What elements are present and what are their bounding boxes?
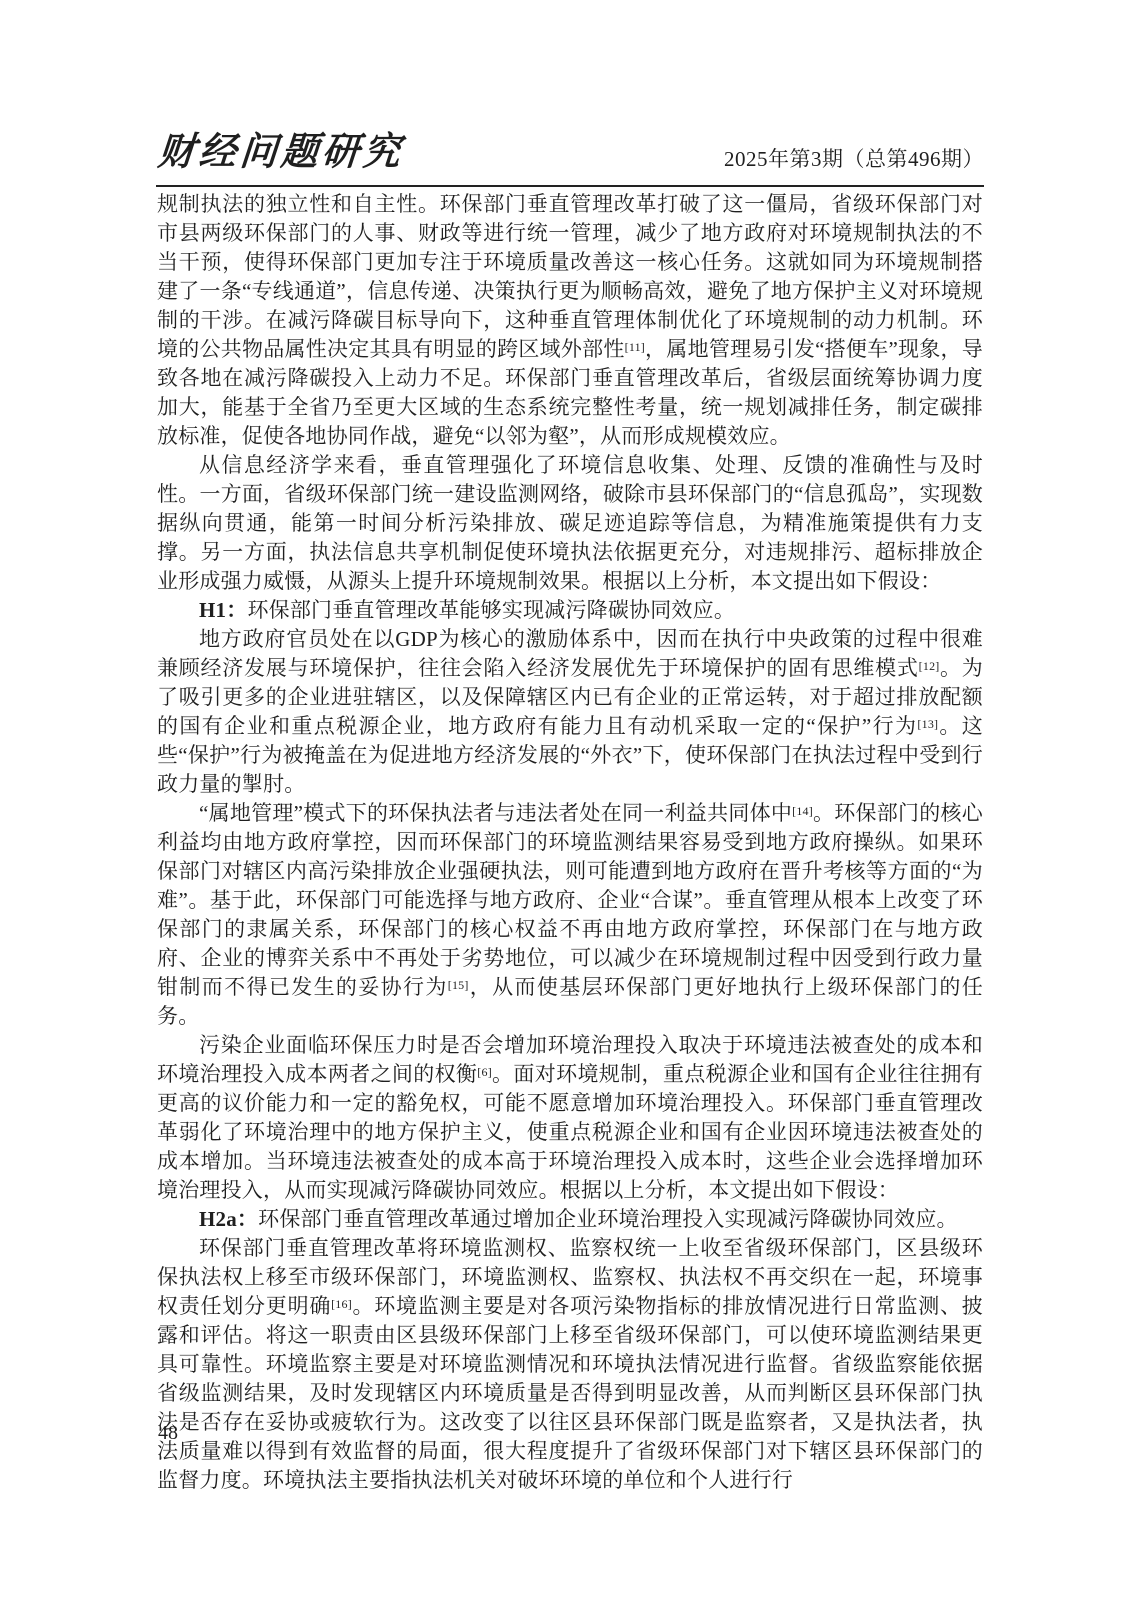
paragraph-vertical-reform-effect: 规制执法的独立性和自主性。环保部门垂直管理改革打破了这一僵局，省级环保部门对市县…: [157, 190, 983, 451]
hypothesis-label: H1：: [199, 598, 247, 622]
paragraph-information-economics: 从信息经济学来看，垂直管理强化了环境信息收集、处理、反馈的准确性与及时性。一方面…: [157, 451, 983, 596]
journal-page: 财经问题研究 2025年第3期（总第496期） 规制执法的独立性和自主性。环保部…: [0, 0, 1140, 1600]
citation-ref: [6]: [477, 1065, 492, 1079]
text-run: 环保部门垂直管理改革能够实现减污降碳协同效应。: [247, 598, 735, 622]
text-run: 地方政府官员处在以GDP为核心的激励体系中，因而在执行中央政策的过程中很难兼顾经…: [157, 627, 983, 680]
text-run: 。环保部门的核心利益均由地方政府掌控，因而环保部门的环境监测结果容易受到地方政府…: [157, 801, 983, 999]
issue-info: 2025年第3期（总第496期）: [724, 143, 984, 176]
hypothesis-label: H2a：: [199, 1207, 258, 1231]
page-header: 财经问题研究 2025年第3期（总第496期）: [156, 122, 984, 187]
citation-ref: [15]: [448, 978, 469, 992]
text-run: 规制执法的独立性和自主性。环保部门垂直管理改革打破了这一僵局，省级环保部门对市县…: [157, 192, 983, 361]
paragraph-pollution-cost-tradeoff: 污染企业面临环保压力时是否会增加环境治理投入取决于环境违法被查处的成本和环境治理…: [157, 1031, 983, 1205]
text-run: 从信息经济学来看，垂直管理强化了环境信息收集、处理、反馈的准确性与及时性。一方面…: [157, 453, 983, 593]
citation-ref: [13]: [917, 717, 938, 731]
citation-ref: [16]: [331, 1297, 352, 1311]
citation-ref: [14]: [792, 804, 813, 818]
text-run: 。环境监测主要是对各项污染物指标的排放情况进行日常监测、披露和评估。将这一职责由…: [157, 1294, 983, 1492]
hypothesis-h1: H1：环保部门垂直管理改革能够实现减污降碳协同效应。: [157, 596, 983, 625]
paragraph-gdp-incentive: 地方政府官员处在以GDP为核心的激励体系中，因而在执行中央政策的过程中很难兼顾经…: [157, 625, 983, 799]
journal-logo: 财经问题研究: [156, 120, 407, 176]
body-text: 规制执法的独立性和自主性。环保部门垂直管理改革打破了这一僵局，省级环保部门对市县…: [157, 190, 983, 1495]
paragraph-monitoring-supervision: 环保部门垂直管理改革将环境监测权、监察权统一上收至省级环保部门，区县级环保执法权…: [157, 1234, 983, 1495]
hypothesis-h2a: H2a：环保部门垂直管理改革通过增加企业环境治理投入实现减污降碳协同效应。: [157, 1205, 983, 1234]
citation-ref: [12]: [919, 659, 940, 673]
paragraph-territorial-management: “属地管理”模式下的环保执法者与违法者处在同一利益共同体中[14]。环保部门的核…: [157, 799, 983, 1031]
text-run: “属地管理”模式下的环保执法者与违法者处在同一利益共同体中: [199, 801, 792, 825]
citation-ref: [11]: [625, 340, 645, 354]
text-run: 环保部门垂直管理改革通过增加企业环境治理投入实现减污降碳协同效应。: [258, 1207, 958, 1231]
page-number: 48: [158, 1422, 178, 1445]
